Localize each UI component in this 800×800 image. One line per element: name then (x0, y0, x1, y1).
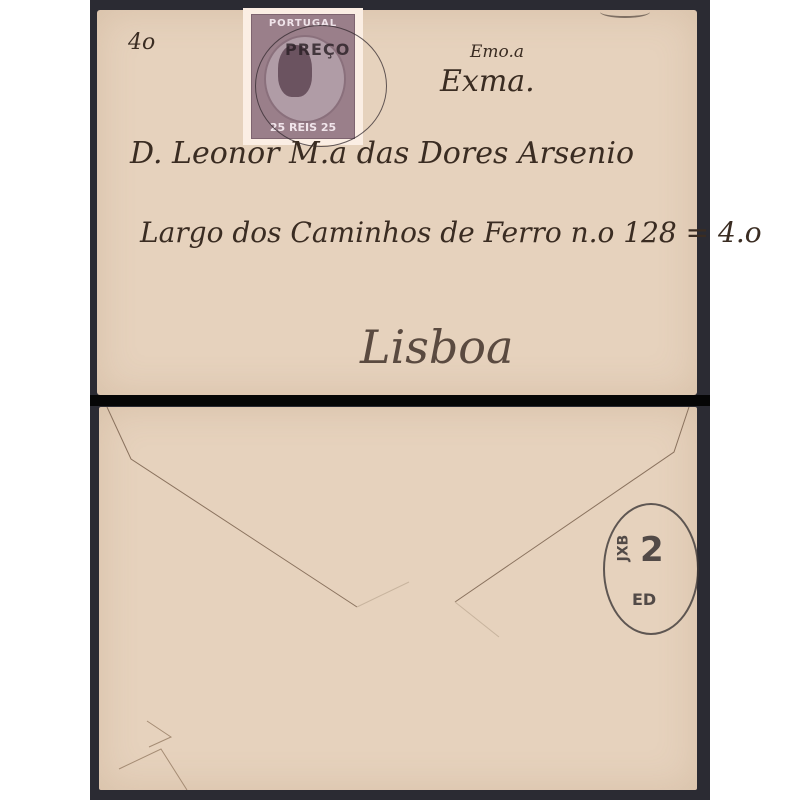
address-line1: D. Leonor M.a das Dores Arsenio (130, 136, 634, 171)
postmark-number: 2 (640, 530, 664, 570)
postmark-bottom-text: ED (632, 590, 656, 609)
address-line3-city: Lisboa (360, 320, 513, 374)
postmark-left-text: JXB (615, 535, 631, 562)
salutation-line1: Emo.a (470, 42, 524, 62)
top-edge-postmark-fragment (600, 6, 650, 18)
salutation-line2: Exma. (440, 64, 535, 99)
cancellation-text: PREÇO (285, 40, 350, 59)
divider-bar (90, 395, 710, 406)
address-line2: Largo dos Caminhos de Ferro n.o 128 = 4.… (140, 216, 762, 249)
corner-note: 4o (128, 30, 155, 55)
